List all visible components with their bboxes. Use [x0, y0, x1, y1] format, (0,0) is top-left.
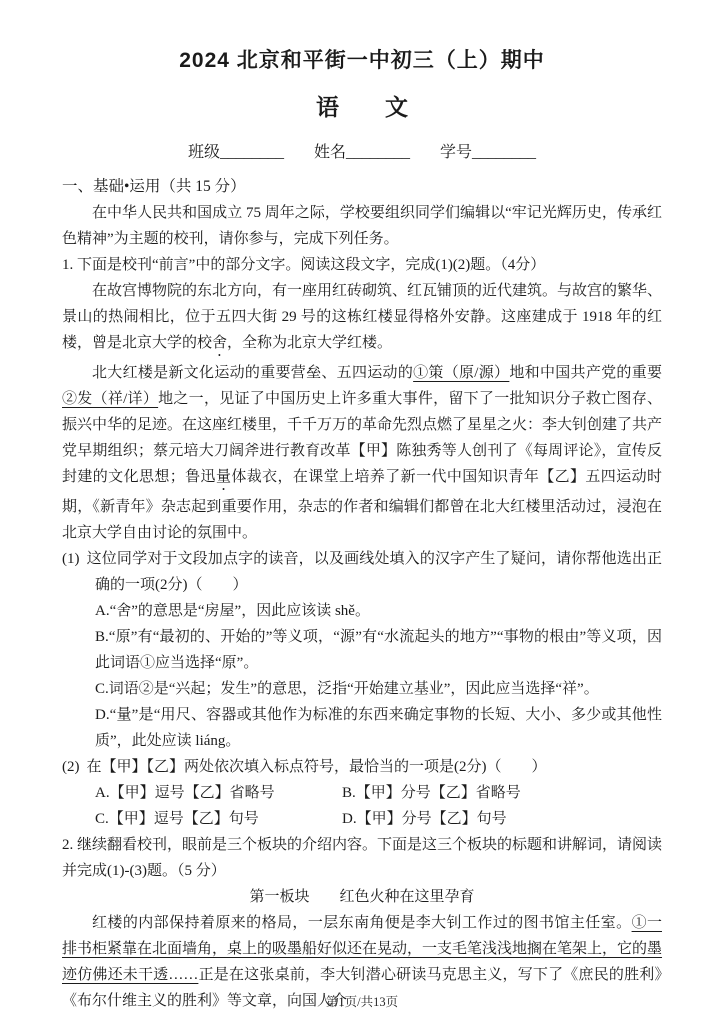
sub-question-2-options: A.【甲】逗号【乙】省略号 B.【甲】分号【乙】省略号 C.【甲】逗号【乙】句号…: [62, 780, 662, 832]
sub-question-1: (1)这位同学对于文段加点字的读音，以及画线处填入的汉字产生了疑问，请你帮他选出…: [62, 546, 662, 598]
subject-title: 语 文: [62, 89, 662, 122]
option-a: A.【甲】逗号【乙】省略号: [95, 780, 342, 806]
option-c: C.【甲】逗号【乙】句号: [95, 806, 342, 832]
option-d: D.“量”是“用尺、容器或其他作为标准的东西来确定事物的长短、大小、多少或其他性…: [95, 702, 662, 754]
block1-heading: 第一板块 红色火种在这里孕育: [62, 884, 662, 910]
option-b: B.【甲】分号【乙】省略号: [342, 780, 662, 806]
sub-question-2-text: 在【甲】【乙】两处依次填入标点符号，最恰当的一项是(2分)（ ）: [87, 759, 547, 775]
sub-question-2-label: (2): [62, 759, 80, 775]
option-c: C.词语②是“兴起；发生”的意思，泛指“开始建立基业”，因此应当选择“祥”。: [95, 676, 662, 702]
dotted-char-she: 舍: [212, 335, 227, 351]
option-a: A.“舍”的意思是“房屋”，因此应该读 shě。: [95, 598, 662, 624]
passage1-paragraph: 在故宫博物院的东北方向，有一座用红砖砌筑、红瓦铺顶的近代建筑。与故宫的繁华、景山…: [62, 278, 662, 360]
option-d: D.【甲】分号【乙】句号: [342, 806, 662, 832]
sub-question-2: (2)在【甲】【乙】两处依次填入标点符号，最恰当的一项是(2分)（ ）: [62, 754, 662, 780]
field-class: 班级________: [188, 139, 284, 162]
exam-body: 一、基础•运用（共 15 分） 在中华人民共和国成立 75 周年之际，学校要组织…: [62, 174, 662, 1014]
underlined-blank-1: ①策（原/源）: [413, 365, 509, 381]
page-footer: 第1页/共13页: [0, 992, 724, 1010]
passage2-text-2: 地和中国共产党的重要: [509, 365, 662, 381]
sub-question-1-text: 这位同学对于文段加点字的读音，以及画线处填入的汉字产生了疑问，请你帮他选出正确的…: [87, 551, 663, 593]
exam-page: 2024 北京和平街一中初三（上）期中 语 文 班级________ 姓名___…: [0, 0, 724, 1014]
sub-question-1-options: A.“舍”的意思是“房屋”，因此应该读 shě。 B.“原”有“最初的、开始的”…: [62, 598, 662, 754]
passage2-paragraph: 北大红楼是新文化运动的重要营垒、五四运动的①策（原/源）地和中国共产党的重要②发…: [62, 360, 662, 546]
sub-question-1-label: (1): [62, 551, 80, 567]
dotted-char-liang: 量: [216, 469, 231, 485]
page-title: 2024 北京和平街一中初三（上）期中: [62, 44, 662, 74]
passage2-text-1: 北大红楼是新文化运动的重要营垒、五四运动的: [92, 365, 413, 381]
section-heading: 一、基础•运用（共 15 分）: [62, 174, 662, 200]
student-fields: 班级________ 姓名________ 学号________: [62, 139, 662, 162]
option-b: B.“原”有“最初的、开始的”等义项，“源”有“水流起头的地方”“事物的根由”等…: [95, 624, 662, 676]
block1-text-1: 红楼的内部保持着原来的格局，一层东南角便是李大钊工作过的图书馆主任室。: [92, 915, 632, 931]
passage1-text-2: ，全称为北京大学红楼。: [227, 335, 392, 351]
underlined-blank-2: ②发（祥/详）: [62, 391, 158, 407]
field-name: 姓名________: [314, 139, 410, 162]
field-student-id: 学号________: [440, 139, 536, 162]
q1-stem: 1. 下面是校刊“前言”中的部分文字。阅读这段文字，完成(1)(2)题。（4分）: [62, 252, 662, 278]
q2-stem: 2. 继续翻看校刊，眼前是三个板块的介绍内容。下面是这三个板块的标题和讲解词，请…: [62, 832, 662, 884]
intro-paragraph: 在中华人民共和国成立 75 周年之际，学校要组织同学们编辑以“牢记光辉历史，传承…: [62, 200, 662, 252]
